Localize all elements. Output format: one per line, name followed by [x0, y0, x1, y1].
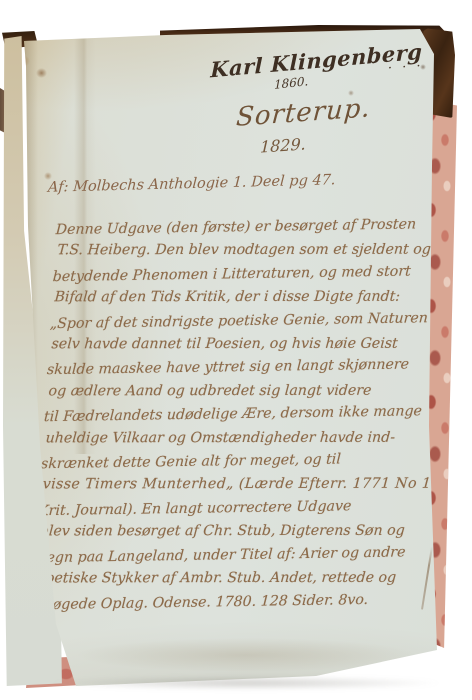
note-line: visse Timers Munterhed„ (Lærde Efterr. 1… [42, 473, 444, 497]
note-line: T.S. Heiberg. Den blev modtagen som et s… [57, 239, 459, 263]
page-shadow [50, 676, 442, 690]
book-photo: Karl Klingenberg · · · 1860. Sorterup. 1… [0, 0, 472, 700]
owner-signature-year: 1860. [274, 74, 308, 92]
note-line: til Fædrelandets udødelige Ære, dersom i… [43, 400, 448, 430]
page-soiling [76, 638, 416, 672]
note-line: forøgede Oplag. Odense. 1780. 128 Sider.… [31, 587, 436, 617]
note-line: blev siden besørget af Chr. Stub, Digter… [39, 520, 441, 544]
note-line: Bifald af den Tids Kritik, der i disse D… [54, 286, 456, 310]
title-inscription: Sorterup. [235, 93, 372, 133]
handwritten-note: Denne Udgave (den første) er besørget af… [31, 214, 460, 615]
title-inscription-year: 1829. [260, 134, 306, 156]
inscribed-flyleaf-page: Karl Klingenberg · · · 1860. Sorterup. 1… [16, 26, 448, 692]
foxing-spot [36, 68, 47, 78]
note-line: skulde maaskee have yttret sig en langt … [46, 353, 451, 383]
ink-dots: · · · [388, 59, 425, 76]
note-line: poetiske Stykker af Ambr. Stub. Andet, r… [36, 567, 438, 591]
note-line: „Spor af det sindrigste poetiske Genie, … [49, 306, 454, 336]
